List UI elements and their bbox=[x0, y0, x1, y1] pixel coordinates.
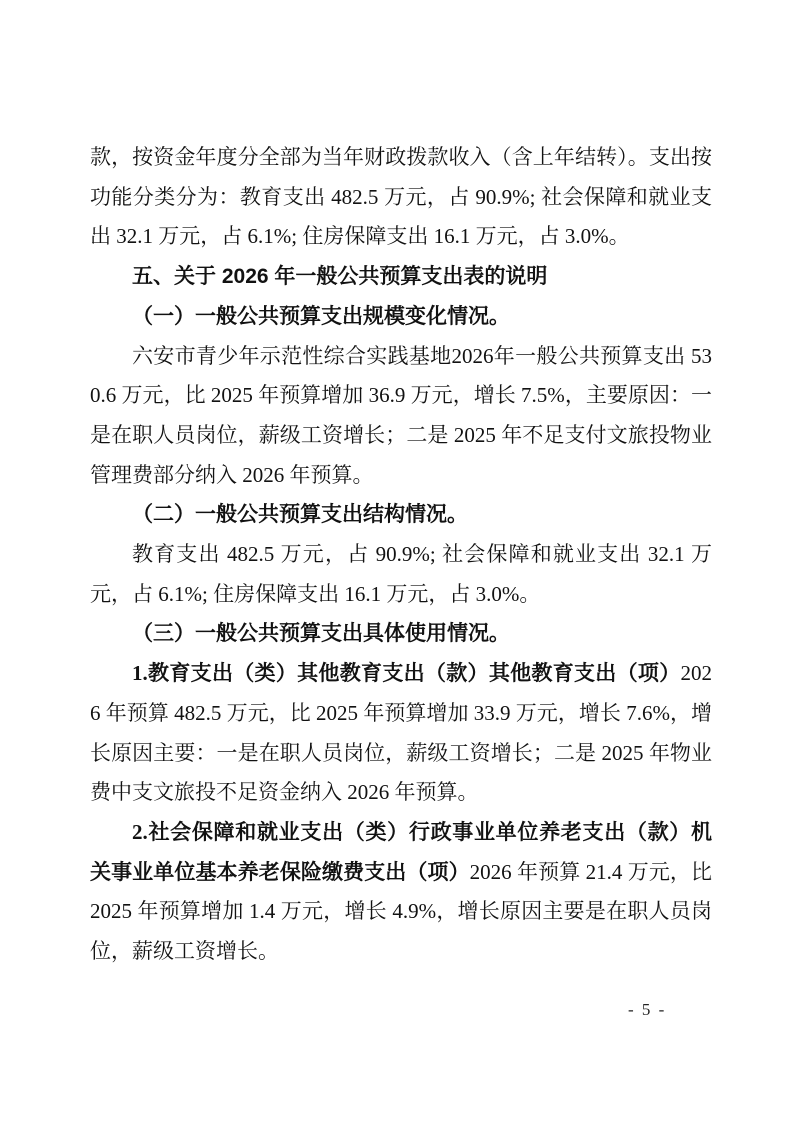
section5-heading: 五、关于 2026 年一般公共预算支出表的说明 bbox=[90, 257, 712, 297]
item1-paragraph: 1.教育支出（类）其他教育支出（款）其他教育支出（项）2026 年预算 482.… bbox=[90, 654, 712, 813]
item2-paragraph: 2.社会保障和就业支出（类）行政事业单位养老支出（款）机关事业单位基本养老保险缴… bbox=[90, 813, 712, 972]
document-body: 款，按资金年度分全部为当年财政拨款收入（含上年结转）。支出按功能分类分为：教育支… bbox=[90, 138, 712, 972]
subsection2-paragraph: 教育支出 482.5 万元，占 90.9%; 社会保障和就业支出 32.1 万元… bbox=[90, 535, 712, 614]
document-page: 款，按资金年度分全部为当年财政拨款收入（含上年结转）。支出按功能分类分为：教育支… bbox=[0, 0, 793, 1122]
subsection2-heading: （二）一般公共预算支出结构情况。 bbox=[90, 495, 712, 535]
item1-lead: 1.教育支出（类）其他教育支出（款）其他教育支出（项） bbox=[132, 661, 681, 685]
page-number: - 5 - bbox=[628, 999, 666, 1021]
subsection1-heading: （一）一般公共预算支出规模变化情况。 bbox=[90, 297, 712, 337]
continuation-paragraph: 款，按资金年度分全部为当年财政拨款收入（含上年结转）。支出按功能分类分为：教育支… bbox=[90, 138, 712, 257]
subsection3-heading: （三）一般公共预算支出具体使用情况。 bbox=[90, 614, 712, 654]
subsection1-paragraph: 六安市青少年示范性综合实践基地2026年一般公共预算支出 530.6 万元，比 … bbox=[90, 337, 712, 496]
